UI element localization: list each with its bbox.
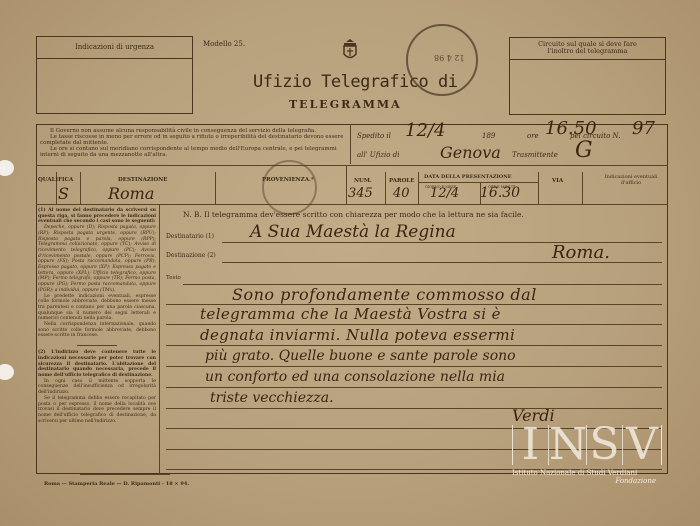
cell-giorno-mese: 12/4 bbox=[430, 186, 459, 201]
message-line-6: triste vecchiezza. bbox=[210, 390, 334, 406]
table-col-div bbox=[215, 172, 216, 204]
cell-num: 345 bbox=[348, 186, 373, 201]
punch-hole-bottom bbox=[0, 364, 14, 380]
logo-letter-s: S bbox=[587, 425, 623, 465]
insv-watermark-logo: I N S V Istituto Nazionale di Studi Verd… bbox=[512, 425, 662, 489]
message-line-3: degnata inviarmi. Nulla poteva essermi bbox=[200, 326, 515, 344]
text-rule bbox=[166, 345, 662, 346]
footnote-2b: In ogni caso il mittente sopporta le con… bbox=[38, 379, 156, 396]
transmitter-value: G bbox=[575, 138, 593, 163]
notice-block: Il Governo non assume alcuna responsabil… bbox=[40, 128, 345, 158]
urgency-box: Indicazioni di urgenza bbox=[36, 36, 193, 114]
year-prefix: 189 bbox=[482, 132, 495, 140]
logo-letter-n: N bbox=[549, 425, 587, 465]
th-destinazione: DESTINAZIONE bbox=[118, 177, 168, 183]
table-col-div bbox=[582, 172, 583, 204]
footnote-separator bbox=[77, 345, 117, 346]
table-bottom-line bbox=[36, 204, 668, 205]
th-parole: PAROLE bbox=[389, 178, 414, 184]
footnotes: (1) Al nome del destinatario da scrivers… bbox=[38, 208, 156, 424]
doc-type-title: TELEGRAMMA bbox=[289, 98, 402, 111]
notice-2: Le tasse riscosse in meno per errore od … bbox=[40, 134, 345, 146]
table-top-line bbox=[36, 165, 668, 166]
footnote-2: (2) L'indirizzo deve contenere tutte le … bbox=[38, 350, 156, 379]
text-label: Testo bbox=[166, 275, 181, 281]
sent-date-value: 12/4 bbox=[405, 120, 445, 141]
footnote-1-body: Depeche, oppure (D); Risposta pagata, op… bbox=[38, 225, 156, 293]
cell-destinazione: Roma bbox=[108, 184, 154, 203]
footnote-1-extra: Le predette indicazioni eventuali, espre… bbox=[38, 294, 156, 323]
table-col-div bbox=[80, 172, 81, 204]
office-value: Genova bbox=[440, 143, 501, 162]
transmitter-label: Trasmittente bbox=[512, 151, 558, 159]
footnote-column-divider bbox=[159, 204, 160, 474]
hour-label: ore bbox=[527, 132, 539, 140]
footnote-2c: Se il telegramma debba essere recapitato… bbox=[38, 396, 156, 425]
th-indicazioni: Indicazioni eventuali d'ufficio bbox=[600, 174, 662, 186]
circuit-no-value: 97 bbox=[632, 118, 655, 139]
urgency-label: Indicazioni di urgenza bbox=[37, 37, 192, 59]
circuit-label-line2: l'inoltro del telegramma bbox=[510, 48, 665, 55]
th-qualifica: QUALIFICA bbox=[38, 177, 73, 183]
message-line-1: Sono profondamente commosso dal bbox=[232, 285, 537, 304]
text-rule bbox=[166, 324, 662, 325]
cell-ore-minuti: 16.30 bbox=[480, 185, 520, 201]
message-line-2: telegramma che la Maestà Vostra si è bbox=[200, 305, 501, 323]
text-rule bbox=[166, 366, 662, 367]
message-line-5: un conforto ed una consolazione nella mi… bbox=[205, 369, 505, 385]
coat-of-arms-icon bbox=[341, 38, 359, 62]
punch-hole-top bbox=[0, 160, 14, 176]
footnote-1-intl: Nella corrispondenza internazionale, qua… bbox=[38, 322, 156, 339]
telegram-document: Indicazioni di urgenza Modello 25. Ufizi… bbox=[0, 0, 700, 526]
table-col-div bbox=[418, 172, 419, 204]
office-label: all' Ufizio di bbox=[357, 151, 399, 159]
divider bbox=[350, 124, 351, 164]
table-col-div bbox=[346, 165, 347, 204]
circuit-box: Circuito sul quale si deve fare l'inoltr… bbox=[509, 37, 666, 115]
table-col-div bbox=[385, 172, 386, 204]
destination-label: Destinazione (2) bbox=[166, 253, 216, 259]
recipient-value: A Sua Maestà la Regina bbox=[250, 222, 456, 242]
footnote-1-intro: (1) Al nome del destinatario da scrivers… bbox=[38, 208, 156, 225]
printer-imprint: Roma — Stamperia Reale — D. Ripamonti - … bbox=[44, 481, 189, 487]
notice-3: Le ore si contano sul meridiano corrispo… bbox=[40, 146, 345, 158]
circuit-label: Circuito sul quale si deve fare l'inoltr… bbox=[510, 38, 665, 60]
text-rule bbox=[166, 408, 662, 409]
watermark-institute-name: Istituto Nazionale di Studi Verdiani bbox=[512, 469, 662, 477]
th-via: VIA bbox=[552, 178, 563, 184]
postmark-date: 12 4 98 bbox=[434, 54, 465, 60]
th-data-presentazione: DATA DELLA PRESENTAZIONE bbox=[424, 174, 512, 180]
recipient-label: Destinatario (1) bbox=[166, 234, 214, 240]
cell-qualifica: S bbox=[58, 184, 69, 203]
text-rule bbox=[166, 387, 662, 388]
model-number: Modello 25. bbox=[203, 40, 245, 48]
th-num: NUM. bbox=[354, 178, 372, 184]
postmark-stamp-top: 12 4 98 bbox=[406, 24, 478, 96]
watermark-subtitle: Fondazione bbox=[512, 477, 662, 485]
message-line-4: più grato. Quelle buone e sante parole s… bbox=[205, 348, 516, 364]
logo-letter-i: I bbox=[513, 425, 549, 465]
cell-parole: 40 bbox=[393, 186, 410, 201]
table-col-div bbox=[538, 172, 539, 204]
logo-letter-v: V bbox=[623, 425, 661, 465]
printer-rule bbox=[80, 474, 170, 475]
table-sub-divider bbox=[418, 182, 538, 183]
nb-note: N. B. Il telegramma dev'essere scritto c… bbox=[183, 210, 524, 219]
destination-value: Roma. bbox=[552, 242, 610, 263]
sent-label: Spedito il bbox=[357, 132, 391, 140]
postmark-stamp-table bbox=[262, 160, 317, 215]
